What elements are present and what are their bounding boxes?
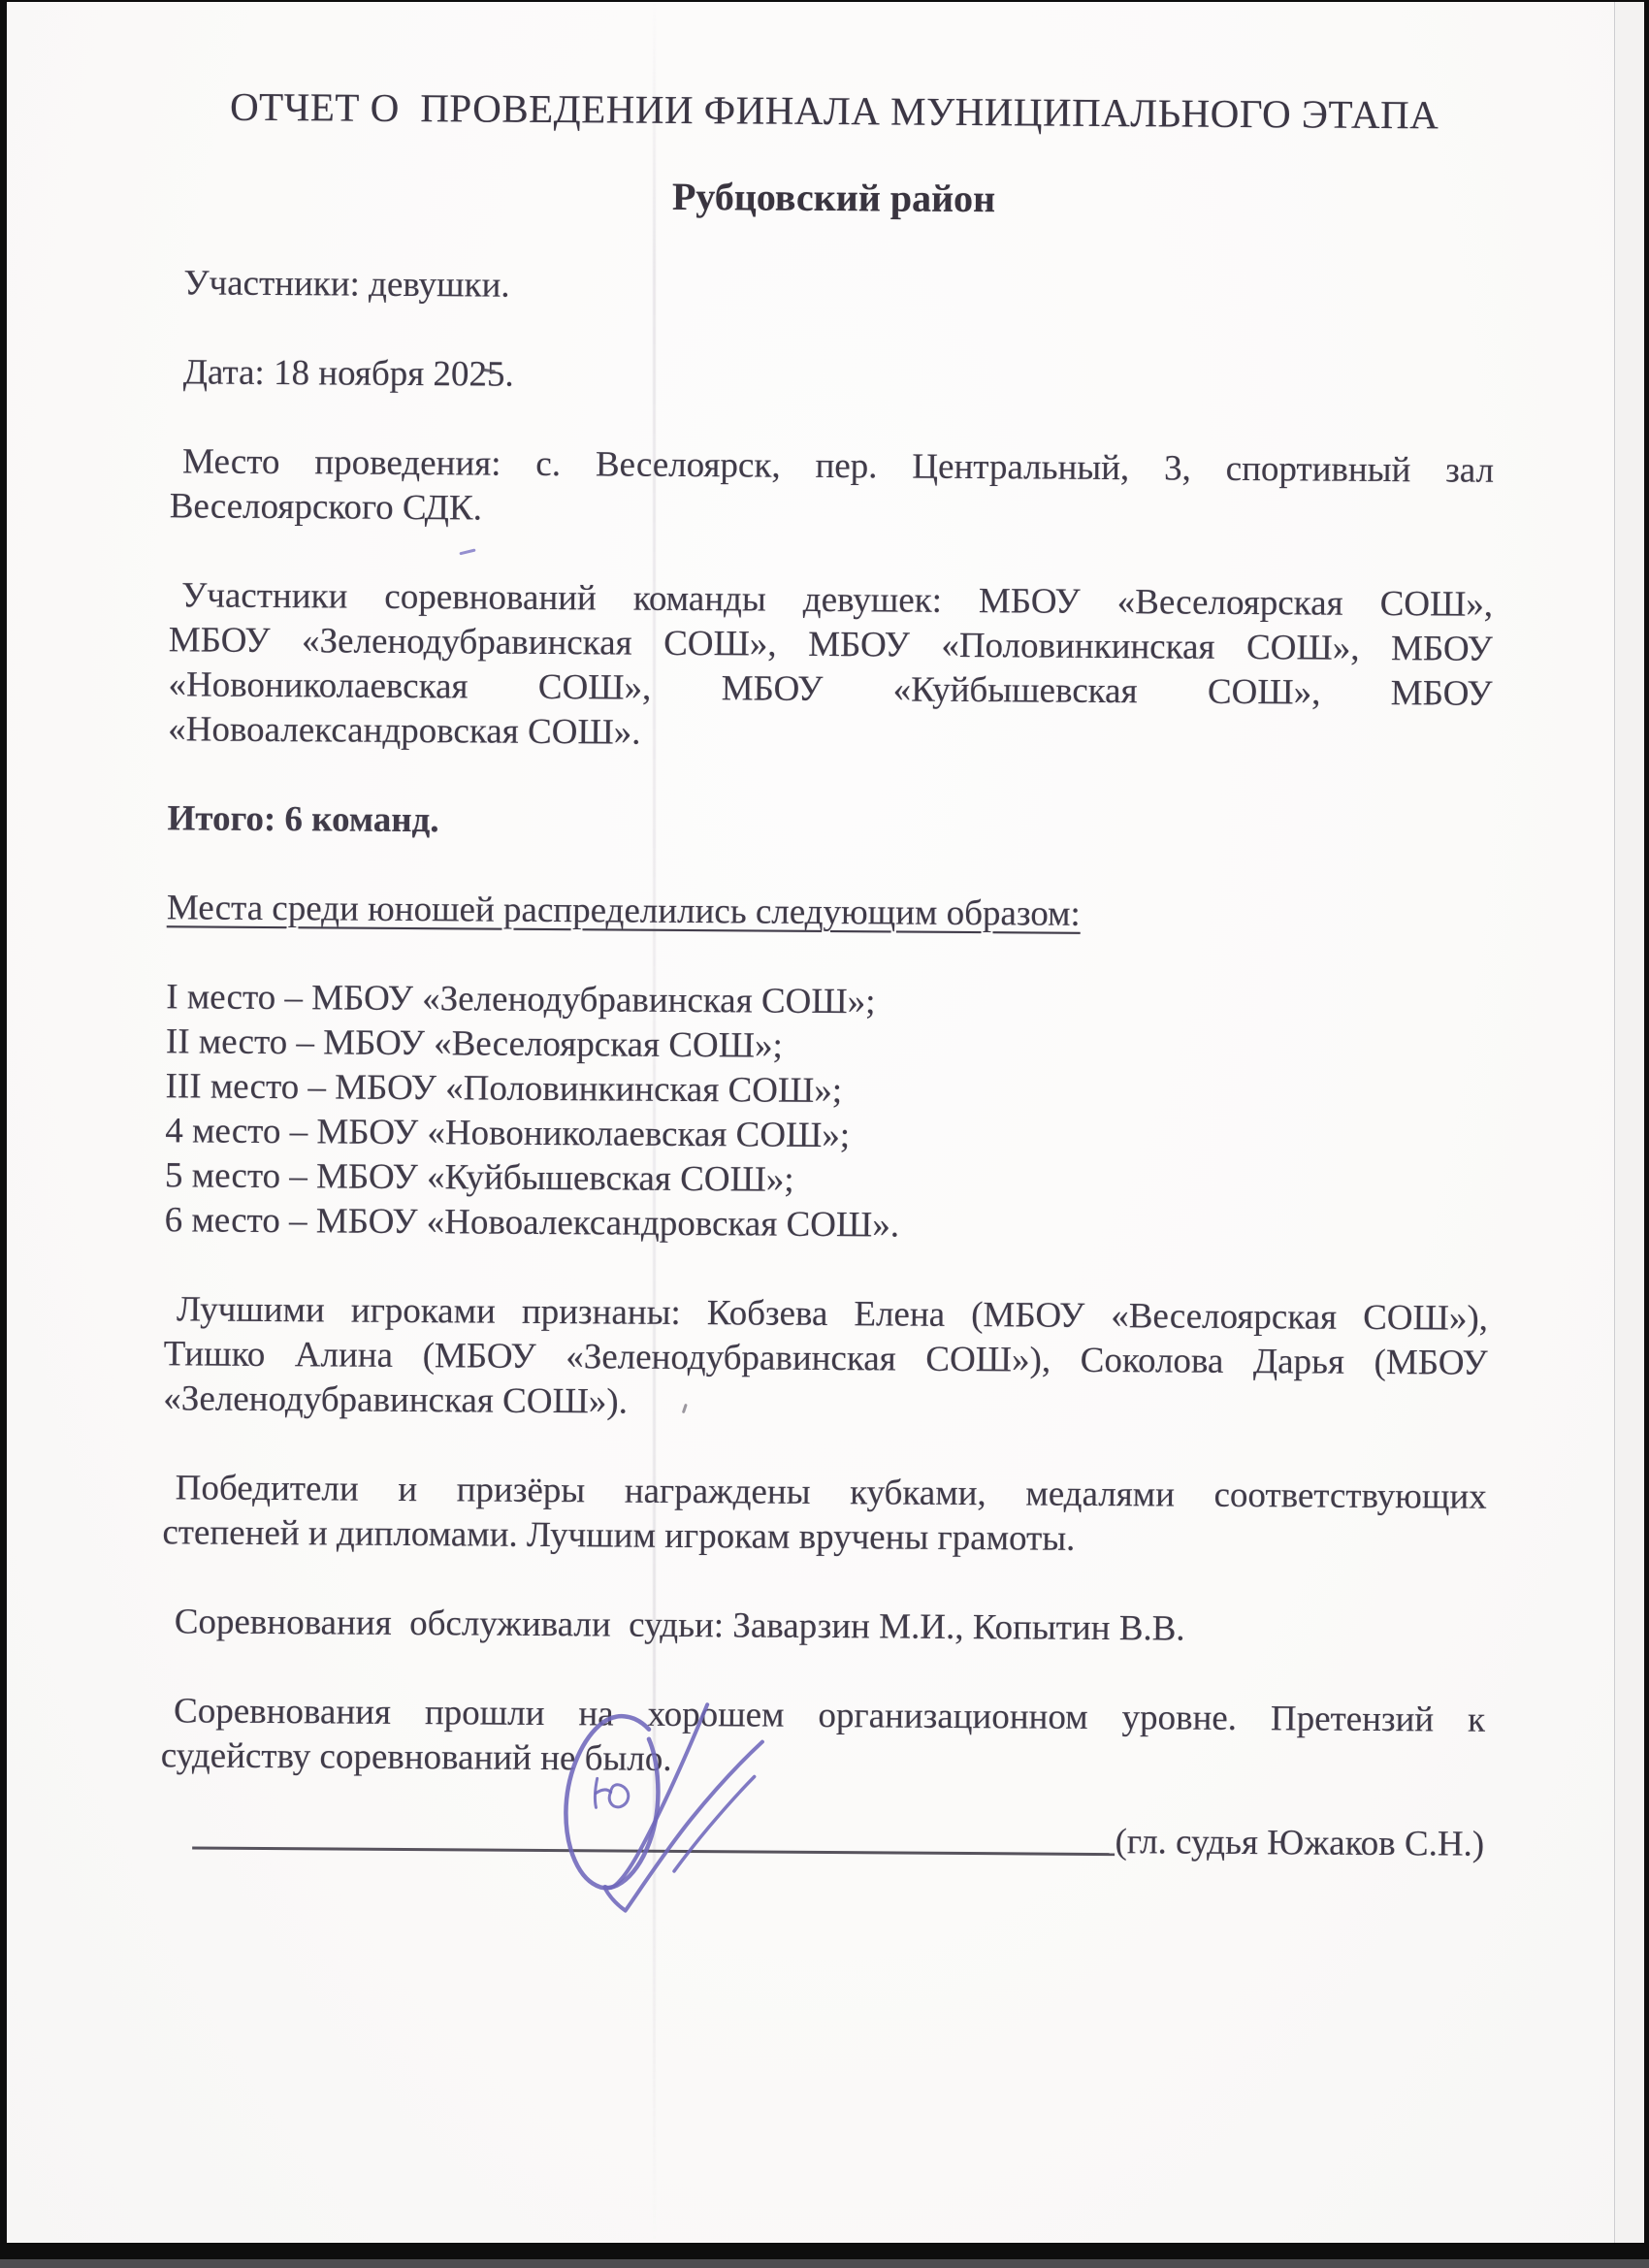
standings-heading: Места среди юношей распределились следую… <box>167 886 1491 940</box>
participants-line: Участники: девушки. <box>171 261 1495 315</box>
report-subtitle: Рубцовский район <box>172 170 1496 226</box>
best-players-paragraph: Лучшими игроками признаны: Кобзева Елена… <box>163 1287 1488 1431</box>
report-title: ОТЧЕТ О ПРОВЕДЕНИИ ФИНАЛА МУНИЦИПАЛЬНОГО… <box>173 81 1497 141</box>
closing-paragraph: Соревнования прошли на хорошем организац… <box>161 1689 1486 1788</box>
paper-sheet: ОТЧЕТ О ПРОВЕДЕНИИ ФИНАЛА МУНИЦИПАЛЬНОГО… <box>7 2 1644 2243</box>
venue-paragraph: Место проведения: с. Веселоярск, пер. Це… <box>170 439 1495 538</box>
signature-label: (гл. судья Южаков С.Н.) <box>1115 1820 1484 1867</box>
teams-paragraph: Участники соревнований команды девушек: … <box>168 573 1493 761</box>
page-tilt-wrapper: ОТЧЕТ О ПРОВЕДЕНИИ ФИНАЛА МУНИЦИПАЛЬНОГО… <box>7 2 1644 2243</box>
judges-line: Соревнования обслуживали судьи: Заварзин… <box>162 1600 1486 1654</box>
signature-row: (гл. судья Южаков С.Н.) <box>192 1813 1484 1866</box>
date-line: Дата: 18 ноября 2025. <box>171 350 1495 405</box>
scanned-report-page: ОТЧЕТ О ПРОВЕДЕНИИ ФИНАЛА МУНИЦИПАЛЬНОГО… <box>0 0 1649 2268</box>
standings-list: I место – МБОУ «Зеленодубравинская СОШ»;… <box>165 975 1491 1252</box>
total-line: Итого: 6 команд. <box>167 796 1491 851</box>
scanner-bottom-band <box>0 2259 1649 2268</box>
awards-paragraph: Победители и призёры награждены кубками,… <box>162 1466 1487 1565</box>
report-content: ОТЧЕТ О ПРОВЕДЕНИИ ФИНАЛА МУНИЦИПАЛЬНОГО… <box>160 81 1497 1866</box>
standings-item: 6 место – МБОУ «Новоалександровская СОШ»… <box>165 1198 1489 1252</box>
signature-rule <box>192 1846 1115 1856</box>
